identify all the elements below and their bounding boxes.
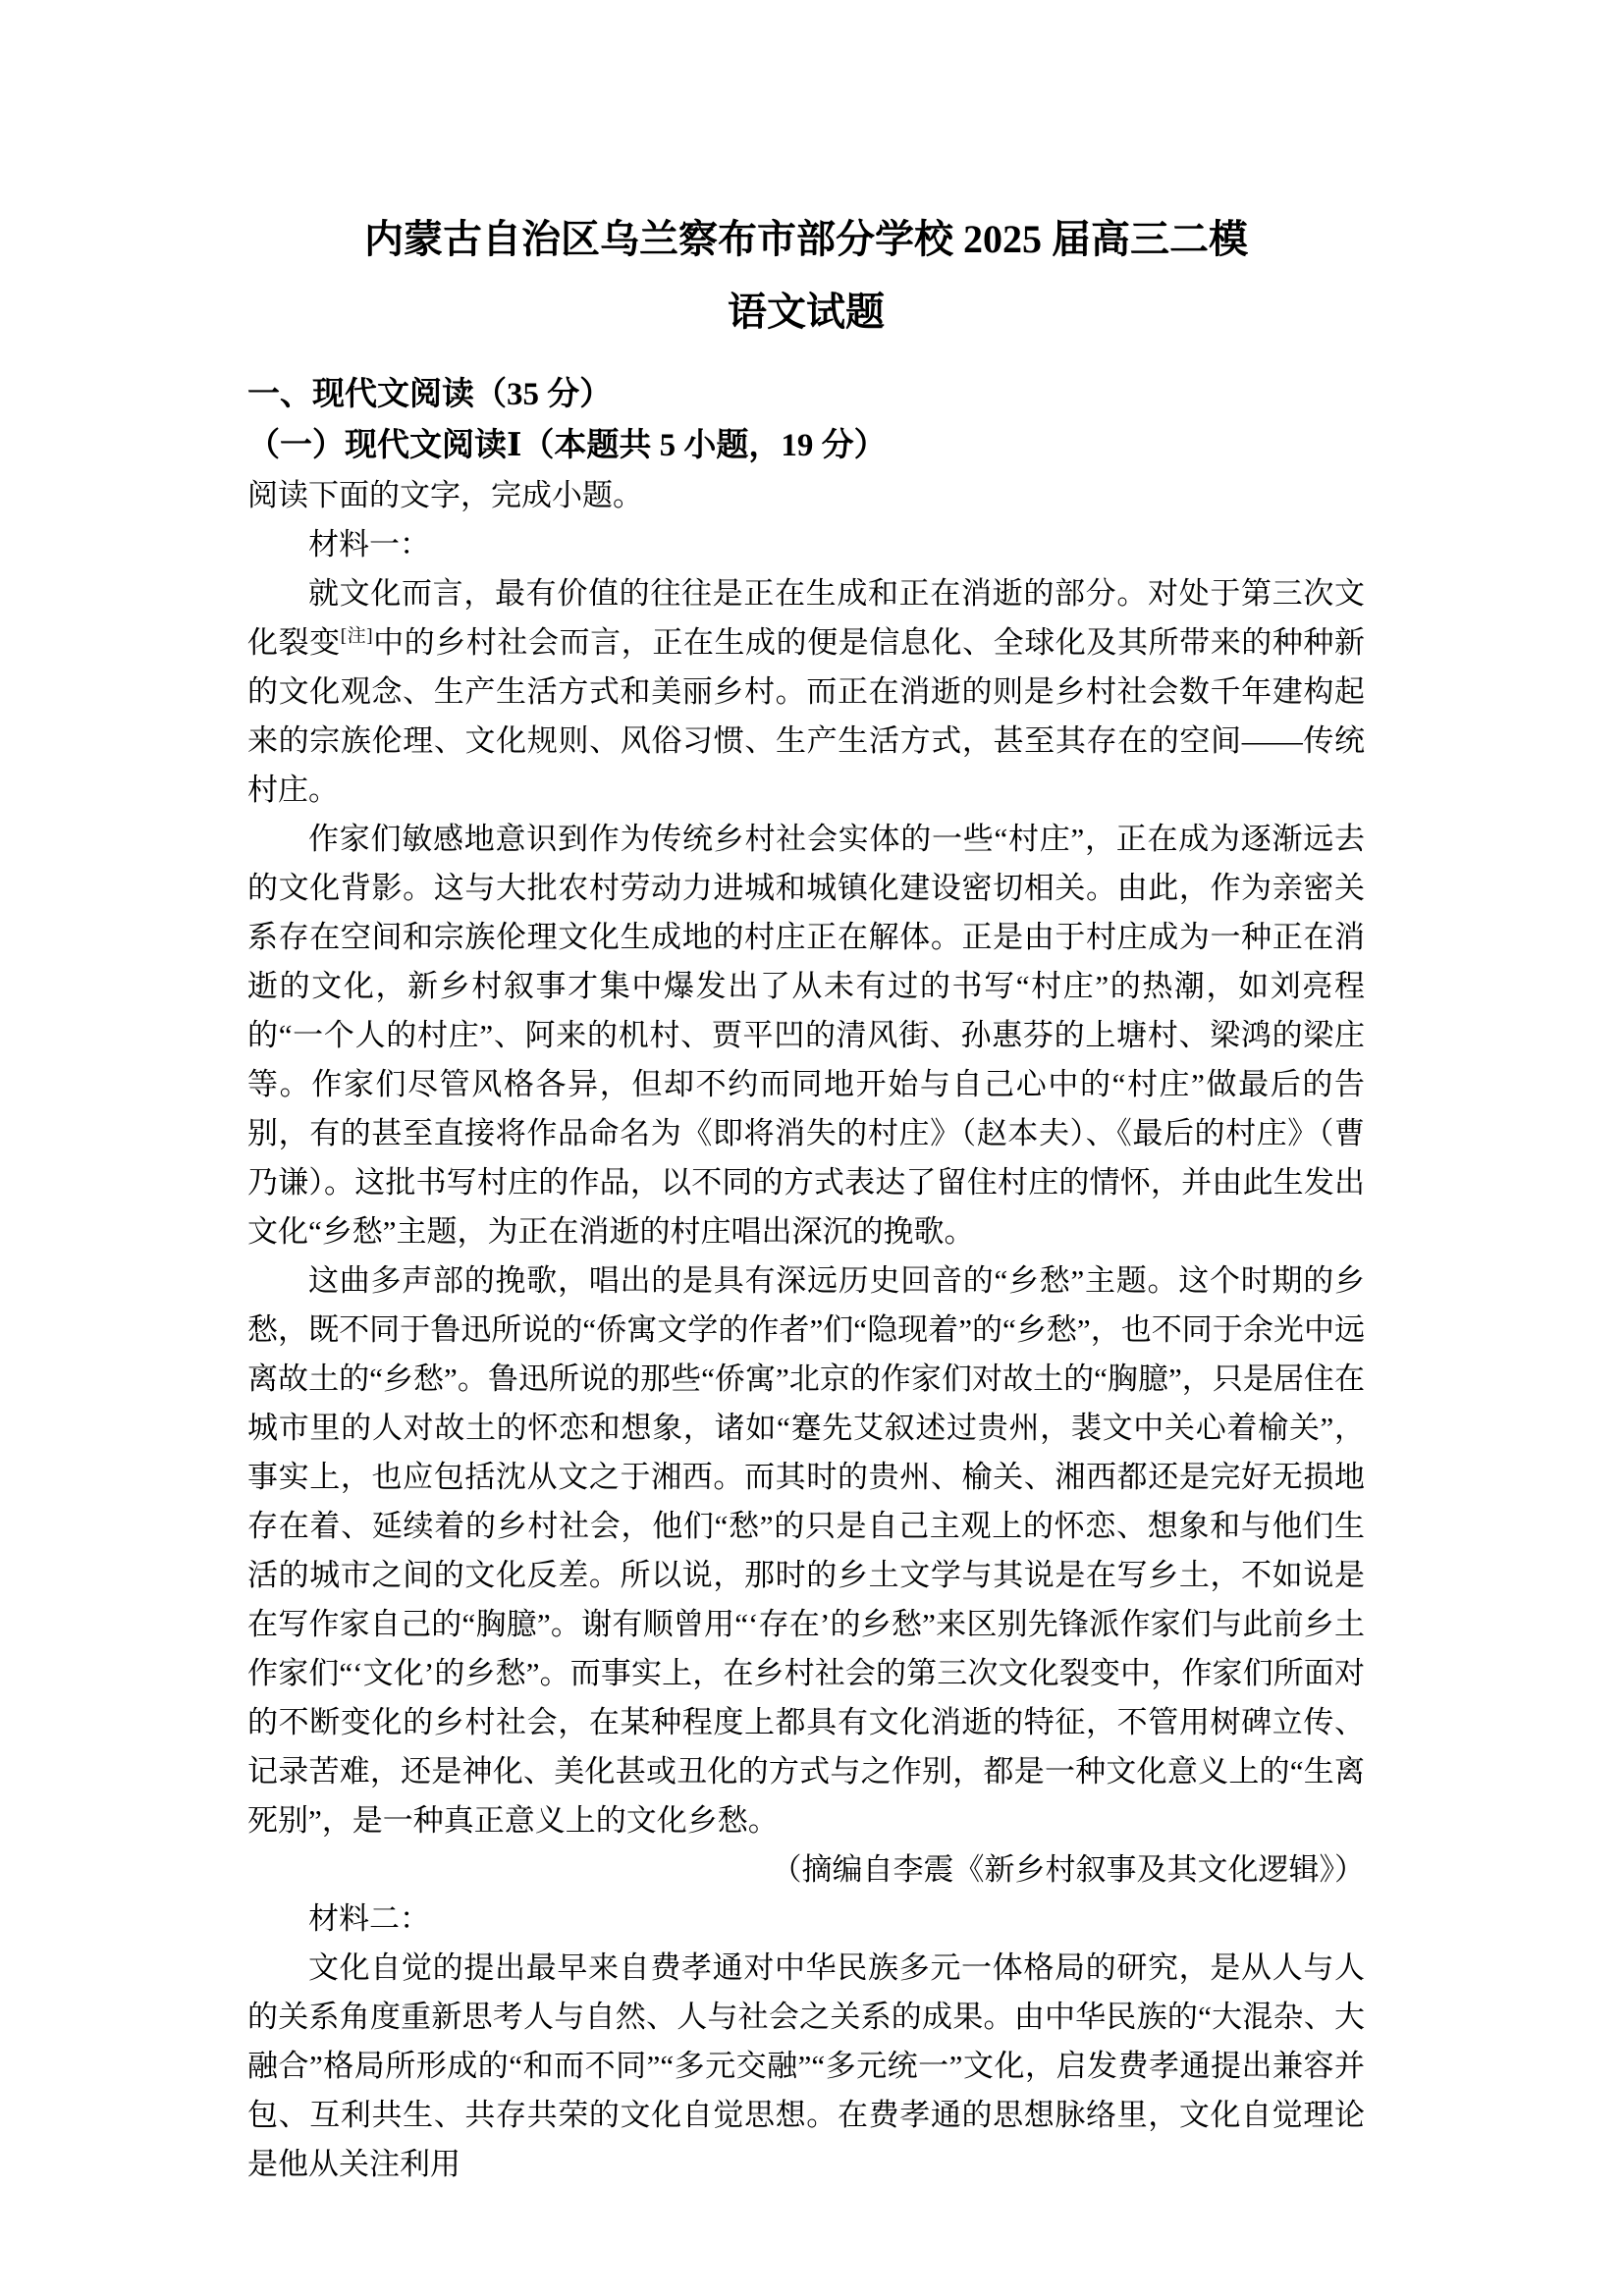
material-1-paragraph-1: 就文化而言，最有价值的往往是正在生成和正在消逝的部分。对处于第三次文化裂变[注]… (247, 569, 1365, 815)
material-1-paragraph-2: 作家们敏感地意识到作为传统乡村社会实体的一些“村庄”，正在成为逐渐远去的文化背影… (247, 815, 1365, 1256)
material-2-paragraph-1: 文化自觉的提出最早来自费孝通对中华民族多元一体格局的研究，是从人与人的关系角度重… (247, 1944, 1365, 2189)
material-1-attribution: （摘编自李震《新乡村叙事及其文化逻辑》） (247, 1845, 1365, 1895)
page-content: 内蒙古自治区乌兰察布市部分学校 2025 届高三二模 语文试题 一、现代文阅读（… (247, 0, 1365, 2189)
paper-subtitle: 语文试题 (247, 287, 1365, 338)
material-1-paragraph-3: 这曲多声部的挽歌，唱出的是具有深远历史回音的“乡愁”主题。这个时期的乡愁，既不同… (247, 1256, 1365, 1845)
reading-instruction: 阅读下面的文字，完成小题。 (247, 471, 1365, 520)
material-1-label: 材料一： (247, 520, 1365, 569)
section-1-heading: 一、现代文阅读（35 分） (247, 369, 1365, 420)
paper-title: 内蒙古自治区乌兰察布市部分学校 2025 届高三二模 (247, 214, 1365, 265)
footnote-marker: [注] (341, 626, 373, 647)
material-2-label: 材料二： (247, 1895, 1365, 1944)
exam-paper-page: 内蒙古自治区乌兰察布市部分学校 2025 届高三二模 语文试题 一、现代文阅读（… (0, 0, 1624, 2296)
subsection-1-heading: （一）现代文阅读Ⅰ（本题共 5 小题，19 分） (247, 420, 1365, 471)
material-1-paragraph-1-text-b: 中的乡村社会而言，正在生成的便是信息化、全球化及其所带来的种种新的文化观念、生产… (247, 625, 1365, 807)
